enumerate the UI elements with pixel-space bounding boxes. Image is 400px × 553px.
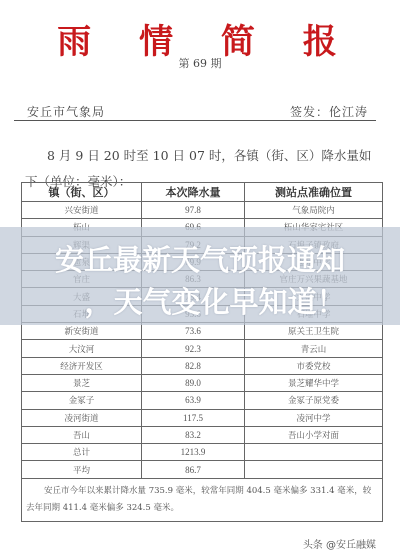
station-cell: 市委党校	[245, 357, 383, 374]
town-cell: 吾山	[22, 426, 142, 443]
rainfall-cell: 117.5	[142, 409, 245, 426]
rainfall-cell: 1213.9	[142, 444, 245, 461]
rainfall-cell: 89.0	[142, 374, 245, 391]
signer: 签发：伦江涛	[290, 103, 368, 120]
header-town: 镇（街、区）	[22, 183, 142, 202]
rainfall-cell: 97.8	[142, 202, 245, 219]
town-cell: 新安街道	[22, 323, 142, 340]
town-cell: 总计	[22, 444, 142, 461]
station-cell	[245, 461, 383, 478]
table-row: 经济开发区82.8市委党校	[22, 357, 383, 374]
town-cell: 经济开发区	[22, 357, 142, 374]
table-row: 凌河街道117.5凌河中学	[22, 409, 383, 426]
table-header-row: 镇（街、区） 本次降水量 测站点准确位置	[22, 183, 383, 202]
rainfall-cell: 82.8	[142, 357, 245, 374]
headline-line-2: ，天气变化早知道！	[0, 280, 400, 321]
town-cell: 平均	[22, 461, 142, 478]
table-row: 兴安街道97.8气象局院内	[22, 202, 383, 219]
table-row: 大汶河92.3青云山	[22, 340, 383, 357]
rainfall-cell: 83.2	[142, 426, 245, 443]
table-row: 新安街道73.6原关王卫生院	[22, 323, 383, 340]
station-cell: 金冢子原党委	[245, 392, 383, 409]
station-cell: 原关王卫生院	[245, 323, 383, 340]
headline-line-1: 安丘最新天气预报通知	[0, 238, 400, 279]
rainfall-cell: 63.9	[142, 392, 245, 409]
town-cell: 兴安街道	[22, 202, 142, 219]
issue-number: 第 69 期	[0, 55, 400, 71]
station-cell: 景芝耀华中学	[245, 374, 383, 391]
header-station: 测站点准确位置	[245, 183, 383, 202]
town-cell: 景芝	[22, 374, 142, 391]
header-rainfall: 本次降水量	[142, 183, 245, 202]
town-cell: 大汶河	[22, 340, 142, 357]
town-cell: 凌河街道	[22, 409, 142, 426]
table-row: 吾山83.2吾山小学对面	[22, 426, 383, 443]
cumulative-rainfall-note: 安丘市今年以来累计降水量 735.9 毫米，较常年同期 404.5 毫米偏多 3…	[22, 478, 383, 521]
station-cell: 吾山小学对面	[245, 426, 383, 443]
station-cell: 凌河中学	[245, 409, 383, 426]
rainfall-cell: 73.6	[142, 323, 245, 340]
table-row: 平均86.7	[22, 461, 383, 478]
rainfall-cell: 86.7	[142, 461, 245, 478]
station-cell	[245, 444, 383, 461]
rainfall-cell: 92.3	[142, 340, 245, 357]
table-row: 总计1213.9	[22, 444, 383, 461]
issuing-organization: 安丘市气象局	[27, 103, 105, 120]
town-cell: 金冢子	[22, 392, 142, 409]
header-divider	[14, 120, 376, 121]
table-row: 景芝89.0景芝耀华中学	[22, 374, 383, 391]
station-cell: 青云山	[245, 340, 383, 357]
station-cell: 气象局院内	[245, 202, 383, 219]
source-watermark: 头条 @安丘融媒	[303, 536, 376, 551]
note-row: 安丘市今年以来累计降水量 735.9 毫米，较常年同期 404.5 毫米偏多 3…	[22, 478, 383, 521]
table-row: 金冢子63.9金冢子原党委	[22, 392, 383, 409]
